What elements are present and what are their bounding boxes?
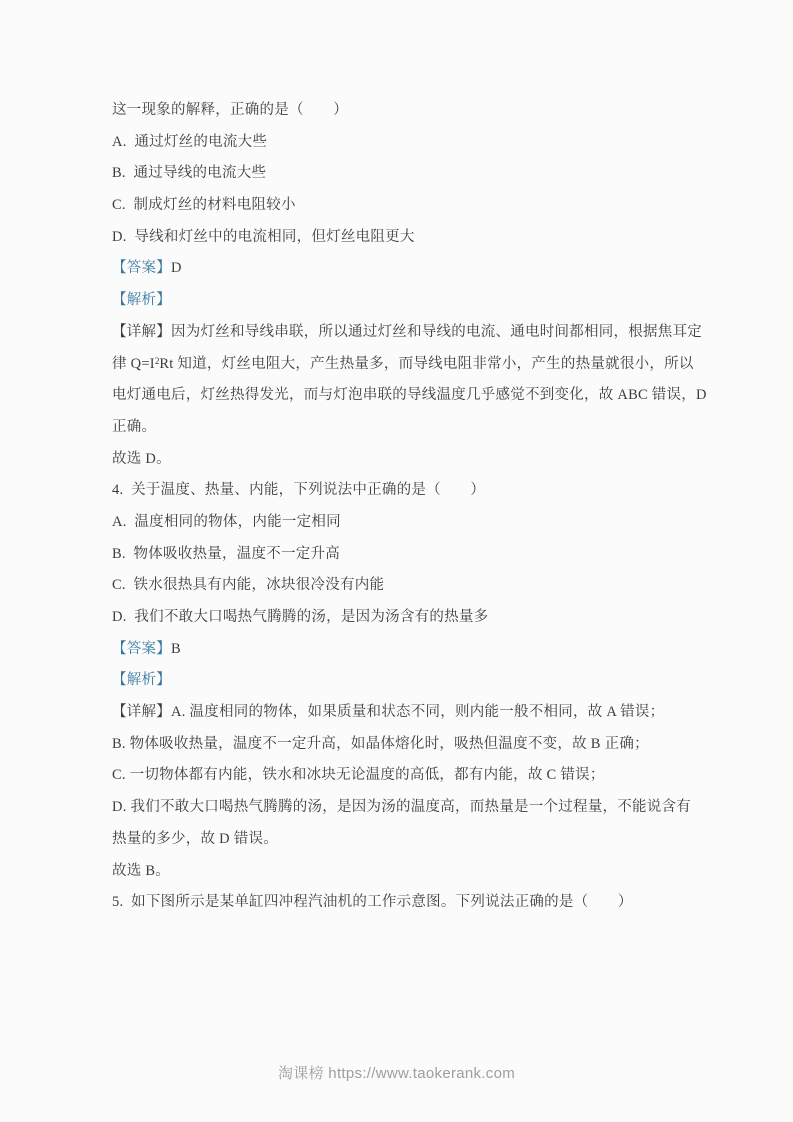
q4-detail-line-d2: 热量的多少，故 D 错误。 [112,829,752,849]
q3-option-a: A. 通过灯丝的电流大些 [112,132,752,152]
q4-analysis-label: 【解析】 [112,670,752,690]
q4-detail-line-b: B. 物体吸收热量，温度不一定升高，如晶体熔化时，吸热但温度不变，故 B 正确； [112,734,752,754]
q3-stem: 这一现象的解释，正确的是（ ） [112,100,752,120]
q3-analysis-label-text: 【解析】 [112,292,171,308]
q3-formula-post: Rt 知道，灯丝电阻大，产生热量多，而导线电阻非常小，产生的热量就很小，所以 [159,356,693,372]
q3-detail-line-formula: 律 Q=I2Rt 知道，灯丝电阻大，产生热量多，而导线电阻非常小，产生的热量就很… [112,354,752,374]
q3-detail-line-1: 【详解】因为灯丝和导线串联，所以通过灯丝和导线的电流、通电时间都相同，根据焦耳定 [112,322,752,342]
q4-option-a: A. 温度相同的物体，内能一定相同 [112,512,752,532]
q4-detail-line-d1: D. 我们不敢大口喝热气腾腾的汤，是因为汤的温度高，而热量是一个过程量，不能说含… [112,797,752,817]
q3-analysis-label: 【解析】 [112,290,752,310]
q4-option-d: D. 我们不敢大口喝热气腾腾的汤，是因为汤含有的热量多 [112,607,752,627]
q4-stem: 4. 关于温度、热量、内能，下列说法中正确的是（ ） [112,480,752,500]
q4-answer-label: 【答案】 [112,641,171,657]
q3-detail-line-4: 正确。 [112,417,752,437]
q4-option-b: B. 物体吸收热量，温度不一定升高 [112,544,752,564]
q3-option-d: D. 导线和灯丝中的电流相同，但灯丝电阻更大 [112,227,752,247]
q3-answer-label: 【答案】 [112,260,171,276]
q3-option-b: B. 通过导线的电流大些 [112,163,752,183]
q3-answer-value: D [171,260,182,276]
document-page: 这一现象的解释，正确的是（ ） A. 通过灯丝的电流大些 B. 通过导线的电流大… [112,100,752,924]
q5-stem: 5. 如下图所示是某单缸四冲程汽油机的工作示意图。下列说法正确的是（ ） [112,892,752,912]
q3-detail-line-3: 电灯通电后，灯丝热得发光，而与灯泡串联的导线温度几乎感觉不到变化，故 ABC 错… [112,385,752,405]
q4-answer-value: B [171,641,181,657]
q4-detail-line-a: 【详解】A. 温度相同的物体，如果质量和状态不同，则内能一般不相同，故 A 错误… [112,702,752,722]
q4-detail-line-c: C. 一切物体都有内能，铁水和冰块无论温度的高低，都有内能，故 C 错误； [112,765,752,785]
footer-watermark: 淘课榜 https://www.taokerank.com [0,1062,793,1083]
q3-conclusion: 故选 D。 [112,449,752,469]
q4-option-c: C. 铁水很热具有内能，冰块很冷没有内能 [112,575,752,595]
q4-conclusion: 故选 B。 [112,861,752,881]
q3-option-c: C. 制成灯丝的材料电阻较小 [112,195,752,215]
q4-answer-line: 【答案】B [112,639,752,659]
q3-answer-line: 【答案】D [112,258,752,278]
q4-analysis-label-text: 【解析】 [112,672,171,688]
q3-formula-pre: 律 Q=I [112,356,155,372]
